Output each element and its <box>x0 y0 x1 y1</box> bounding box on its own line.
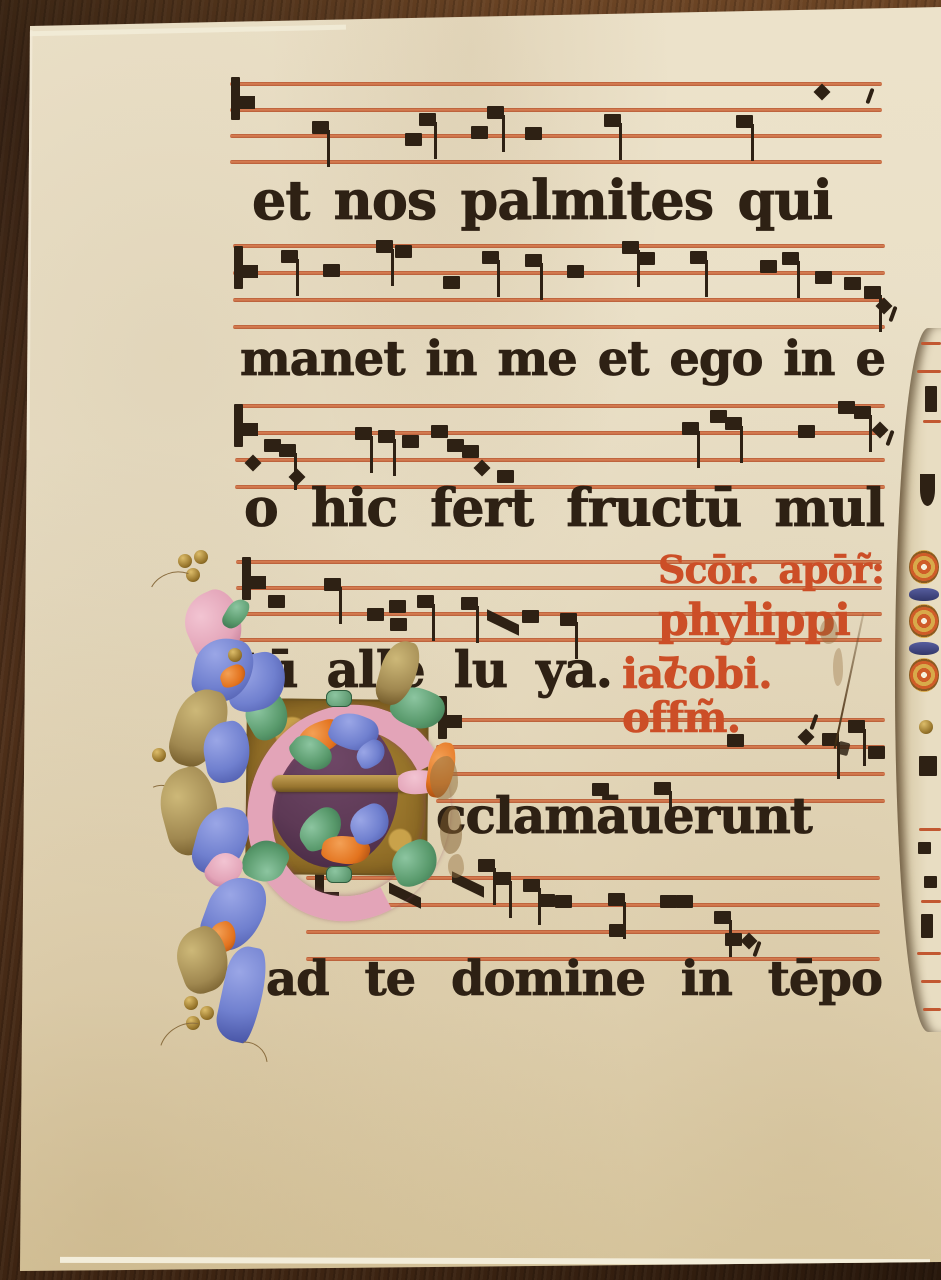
stave-fragment <box>923 1008 941 1011</box>
parchment-stain <box>430 756 458 800</box>
stave-fragment <box>923 420 941 423</box>
penwork-flourish <box>216 1033 277 1093</box>
gold-ball <box>194 550 208 564</box>
parchment-stain <box>440 806 462 854</box>
penwork-flourish <box>150 1012 227 1085</box>
stave-fragment <box>921 342 941 345</box>
stave-fragment <box>921 900 941 903</box>
roundel-band <box>909 588 939 601</box>
marginal-roundel <box>909 550 939 584</box>
illuminated-initial-e: E <box>0 0 941 1280</box>
book-photo: et nos palmites qui manet in me et ego i… <box>0 0 941 1280</box>
note-fragment <box>924 876 937 888</box>
note-fragment <box>921 914 933 938</box>
parchment-stain <box>833 648 843 686</box>
gold-ball <box>200 1006 214 1020</box>
gold-ball <box>152 748 166 762</box>
gold-ball <box>919 720 933 734</box>
letter-fragment <box>920 474 935 506</box>
gold-ball <box>178 554 192 568</box>
stave-fragment <box>921 980 941 983</box>
initial-knob-bottom <box>326 866 352 883</box>
marginal-roundel <box>909 658 939 692</box>
stave-fragment <box>917 952 941 955</box>
stave-fragment <box>919 828 941 831</box>
gold-ball <box>184 996 198 1010</box>
roundel-band <box>909 642 939 655</box>
parchment-stain <box>448 854 464 878</box>
letter-fragment <box>919 756 937 776</box>
initial-knob-top <box>326 690 352 707</box>
parchment-stain <box>820 618 838 644</box>
letter-fragment <box>925 386 937 412</box>
gold-ball <box>228 648 242 662</box>
manuscript-page: et nos palmites qui manet in me et ego i… <box>0 0 941 1280</box>
marginal-roundel <box>909 604 939 638</box>
note-fragment <box>918 842 931 854</box>
stave-fragment <box>917 370 941 373</box>
